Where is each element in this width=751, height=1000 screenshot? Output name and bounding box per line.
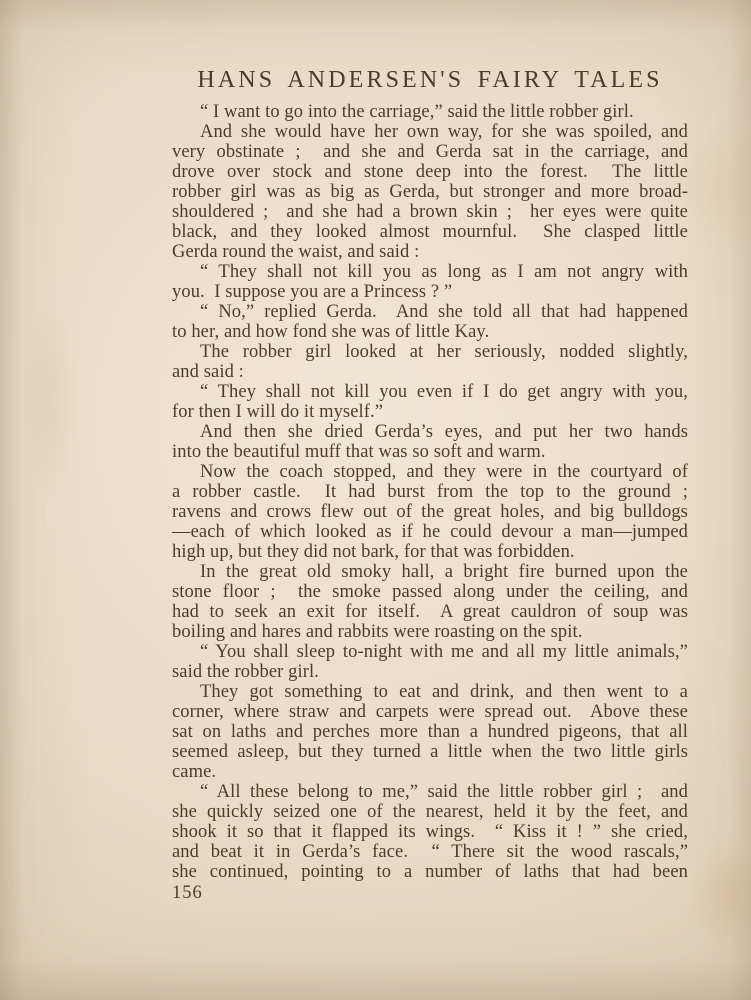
text-line: she quickly seized one of the nearest, h… (172, 802, 688, 822)
text-line: came. (172, 762, 688, 782)
page-number: 156 (172, 883, 203, 903)
text-line: The robber girl looked at her seriously,… (172, 342, 688, 362)
text-line: And then she dried Gerda’s eyes, and put… (172, 422, 688, 442)
text-line: a robber castle. It had burst from the t… (172, 482, 688, 502)
text-line: robber girl was as big as Gerda, but str… (172, 182, 688, 202)
text-line: ravens and crows flew out of the great h… (172, 502, 688, 522)
text-line: and beat it in Gerda’s face. “ There sit… (172, 842, 688, 862)
text-line: And she would have her own way, for she … (172, 122, 688, 142)
text-line: —each of which looked as if he could dev… (172, 522, 688, 542)
book-page-scan: HANS ANDERSEN'S FAIRY TALES “ I want to … (0, 0, 751, 1000)
text-line: boiling and hares and rabbits were roast… (172, 622, 688, 642)
text-line: Gerda round the waist, and said : (172, 242, 688, 262)
text-line: stone floor ; the smoke passed along und… (172, 582, 688, 602)
text-line: said the robber girl. (172, 662, 688, 682)
text-line: you. I suppose you are a Princess ? ” (172, 282, 688, 302)
text-line: “ You shall sleep to-night with me and a… (172, 642, 688, 662)
text-line: “ They shall not kill you as long as I a… (172, 262, 688, 282)
text-line: They got something to eat and drink, and… (172, 682, 688, 702)
text-line: she continued, pointing to a number of l… (172, 862, 688, 882)
paper-stain (680, 120, 751, 260)
text-block: “ I want to go into the carriage,” said … (172, 102, 688, 882)
text-line: corner, where straw and carpets were spr… (172, 702, 688, 722)
text-line: shook it so that it flapped its wings. “… (172, 822, 688, 842)
running-head-title: HANS ANDERSEN'S FAIRY TALES (172, 66, 688, 94)
text-line: drove over stock and stone deep into the… (172, 162, 688, 182)
text-line: into the beautiful muff that was so soft… (172, 442, 688, 462)
text-line: very obstinate ; and she and Gerda sat i… (172, 142, 688, 162)
text-line: and said : (172, 362, 688, 382)
text-line: for then I will do it myself.” (172, 402, 688, 422)
text-line: “ No,” replied Gerda. And she told all t… (172, 302, 688, 322)
paper-stain (20, 300, 80, 500)
text-line: “ They shall not kill you even if I do g… (172, 382, 688, 402)
text-line: “ All these belong to me,” said the litt… (172, 782, 688, 802)
text-line: Now the coach stopped, and they were in … (172, 462, 688, 482)
text-line: black, and they looked almost mournful. … (172, 222, 688, 242)
text-line: “ I want to go into the carriage,” said … (172, 102, 688, 122)
text-line: seemed asleep, but they turned a little … (172, 742, 688, 762)
text-line: In the great old smoky hall, a bright fi… (172, 562, 688, 582)
text-line: to her, and how fond she was of little K… (172, 322, 688, 342)
text-line: sat on laths and perches more than a hun… (172, 722, 688, 742)
text-line: shouldered ; and she had a brown skin ; … (172, 202, 688, 222)
text-line: had to seek an exit for itself. A great … (172, 602, 688, 622)
paper-stain (690, 840, 751, 950)
text-line: high up, but they did not bark, for that… (172, 542, 688, 562)
